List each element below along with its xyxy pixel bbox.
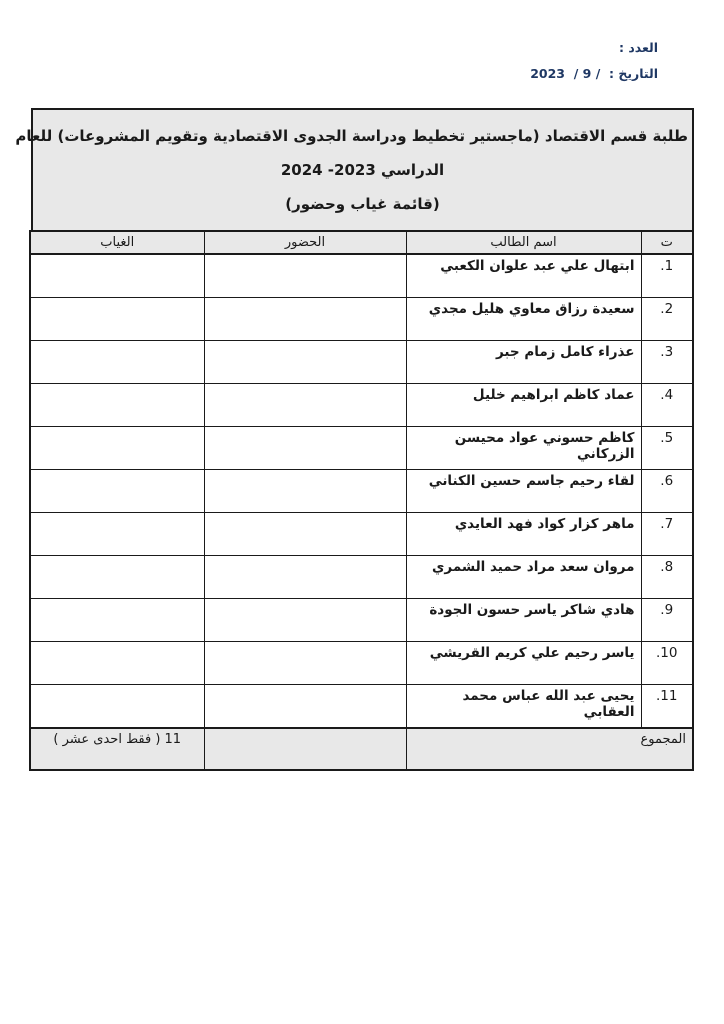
header-student-name: اسم الطالب [406, 231, 641, 254]
student-name: عماد كاظم ابراهيم خليل [406, 384, 641, 427]
table-row: 9. هادي شاكر ياسر حسون الجودة [30, 599, 693, 642]
row-number: 3. [641, 341, 693, 384]
header-no: ت [641, 231, 693, 254]
student-name: ماهر كزار كواد فهد العايدي [406, 513, 641, 556]
row-number: 9. [641, 599, 693, 642]
table-row: 8. مروان سعد مراد حميد الشمري [30, 556, 693, 599]
sheet-title-line-3: (قائمة غياب وحضور) [37, 187, 688, 221]
students-table: ت اسم الطالب الحضور الغياب 1. ابتهال علي… [29, 230, 694, 771]
table-row: 7. ماهر كزار كواد فهد العايدي [30, 513, 693, 556]
student-name: ياسر رحيم علي كريم القريشي [406, 642, 641, 685]
row-number: 6. [641, 470, 693, 513]
row-number: 7. [641, 513, 693, 556]
attendance-cell [204, 298, 406, 341]
attendance-cell [204, 427, 406, 470]
table-row: 5. كاظم حسوني عواد محيسن الزركاني [30, 427, 693, 470]
sheet-title-block: طلبة قسم الاقتصاد (ماجستير تخطيط ودراسة … [31, 108, 694, 230]
row-number: 4. [641, 384, 693, 427]
row-number: 2. [641, 298, 693, 341]
total-absence-cell: 11 ( فقط احدى عشر ) [30, 728, 204, 770]
table-row: 4. عماد كاظم ابراهيم خليل [30, 384, 693, 427]
attendance-cell [204, 556, 406, 599]
header-absence: الغياب [30, 231, 204, 254]
absence-cell [30, 556, 204, 599]
attendance-cell [204, 254, 406, 298]
absence-cell [30, 427, 204, 470]
attendance-cell [204, 685, 406, 729]
row-number: 8. [641, 556, 693, 599]
absence-cell [30, 642, 204, 685]
header-attendance: الحضور [204, 231, 406, 254]
row-number: 5. [641, 427, 693, 470]
attendance-cell [204, 341, 406, 384]
absence-cell [30, 384, 204, 427]
student-name: ابتهال علي عبد علوان الكعبي [406, 254, 641, 298]
doc-date-line: التاريخ : / 9 / 2023 [530, 66, 658, 81]
table-row: 2. سعيدة رزاق معاوي هليل مجدي [30, 298, 693, 341]
table-header-row: ت اسم الطالب الحضور الغياب [30, 231, 693, 254]
table-row: 11. يحيى عبد الله عباس محمد العقابي [30, 685, 693, 729]
absence-cell [30, 513, 204, 556]
row-number: 10. [641, 642, 693, 685]
document-meta: العدد : التاريخ : / 9 / 2023 [530, 40, 658, 81]
attendance-cell [204, 642, 406, 685]
row-number: 1. [641, 254, 693, 298]
student-name: لقاء رحيم جاسم حسين الكناني [406, 470, 641, 513]
student-name: مروان سعد مراد حميد الشمري [406, 556, 641, 599]
total-row: المجموع 11 ( فقط احدى عشر ) [30, 728, 693, 770]
table-row: 6. لقاء رحيم جاسم حسين الكناني [30, 470, 693, 513]
table-row: 10. ياسر رحيم علي كريم القريشي [30, 642, 693, 685]
absence-cell [30, 341, 204, 384]
absence-cell [30, 254, 204, 298]
sheet-title-line-2: الدراسي 2023- 2024 [37, 153, 688, 187]
table-row: 3. عذراء كامل زمام جبر [30, 341, 693, 384]
student-name: كاظم حسوني عواد محيسن الزركاني [406, 427, 641, 470]
absence-cell [30, 685, 204, 729]
student-name: هادي شاكر ياسر حسون الجودة [406, 599, 641, 642]
absence-cell [30, 599, 204, 642]
attendance-cell [204, 599, 406, 642]
scanned-attendance-document: العدد : التاريخ : / 9 / 2023 طلبة قسم ال… [0, 0, 724, 1024]
student-name: سعيدة رزاق معاوي هليل مجدي [406, 298, 641, 341]
row-number: 11. [641, 685, 693, 729]
doc-number-label: العدد : [530, 40, 658, 55]
table-row: 1. ابتهال علي عبد علوان الكعبي [30, 254, 693, 298]
attendance-cell [204, 513, 406, 556]
attendance-cell [204, 470, 406, 513]
sheet-title-line-1: طلبة قسم الاقتصاد (ماجستير تخطيط ودراسة … [37, 119, 688, 153]
attendance-sheet: طلبة قسم الاقتصاد (ماجستير تخطيط ودراسة … [31, 108, 694, 771]
total-attendance-cell [204, 728, 406, 770]
absence-cell [30, 298, 204, 341]
attendance-cell [204, 384, 406, 427]
student-name: يحيى عبد الله عباس محمد العقابي [406, 685, 641, 729]
student-name: عذراء كامل زمام جبر [406, 341, 641, 384]
absence-cell [30, 470, 204, 513]
total-label-cell: المجموع [406, 728, 693, 770]
